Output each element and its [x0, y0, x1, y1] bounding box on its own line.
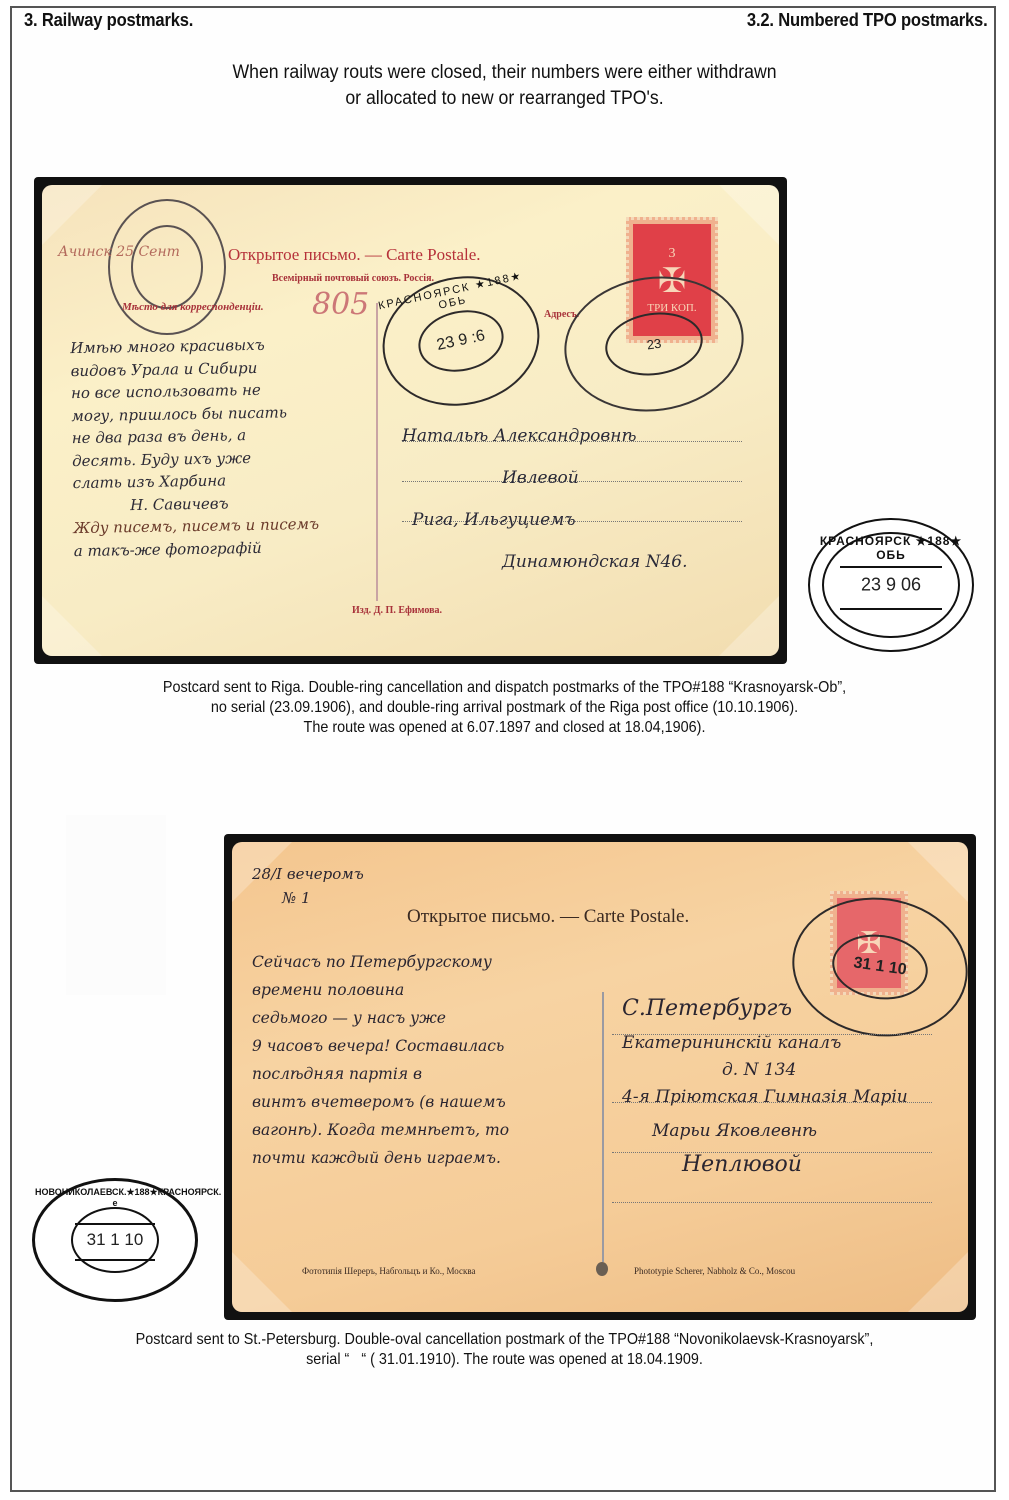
postcard-riga: Ачинск 25 Сент Открытое письмо. — Carte …: [34, 177, 787, 664]
message-line: седьмого — у насъ уже: [252, 1004, 509, 1032]
message-line: а такъ-же фотографій: [74, 535, 320, 562]
publisher-imprint-ru: Фототипія Шереръ, Набгольцъ и Ко., Москв…: [302, 1266, 475, 1276]
message-line: послѣдняя партія в: [252, 1060, 509, 1088]
header-note: 28/I вечеромъ № 1: [252, 862, 364, 910]
postmark-date: 23 9 06: [810, 575, 972, 596]
message-line: 9 часовъ вечера! Составилась: [252, 1032, 509, 1060]
address-line: Рига, Ильгуциемъ: [402, 499, 688, 541]
postcard-st-petersburg-surface: 28/I вечеромъ № 1 Открытое письмо. — Car…: [232, 842, 968, 1312]
message-line: Сейчасъ по Петербургскому: [252, 948, 509, 976]
postcard-title: Открытое письмо. — Carte Postale.: [407, 906, 689, 928]
publisher-imprint-en: Phototypie Scherer, Nabholz & Co., Mosco…: [634, 1266, 795, 1276]
arrival-postmark: [108, 199, 226, 335]
caption-line: Postcard sent to St.-Petersburg. Double-…: [50, 1330, 958, 1350]
postcard-riga-surface: Ачинск 25 Сент Открытое письмо. — Carte …: [42, 185, 779, 656]
message-line: вагонѣ). Когда темнѣетъ, то: [252, 1116, 509, 1144]
photo-corner: [719, 185, 779, 245]
stamp-value: 3: [647, 246, 696, 262]
postmark-ring-text: НОВОНИКОЛАЕВСК.★188★КРАСНОЯРСК. е: [35, 1187, 195, 1208]
tpo-postmark-cancellation: 23 9 :6 КРАСНОЯРСК ★188★ ОБЬ: [370, 262, 551, 420]
publisher-imprint: Изд. Д. П. Ефимова.: [352, 605, 442, 616]
reference-postmark-novonikolaevsk-krasnoyarsk: 31 1 10 НОВОНИКОЛАЕВСК.★188★КРАСНОЯРСК. …: [32, 1178, 198, 1302]
header-note-line: № 1: [252, 886, 364, 910]
arrival-handwritten-note: Ачинск 25 Сент: [58, 241, 180, 264]
photo-corner: [908, 842, 968, 902]
tpo-postmark-dispatch: 23: [556, 265, 753, 423]
address-line: 4-я Пріютская Гимназія Маріи: [622, 1080, 908, 1114]
intro-line-2: or allocated to new or rearranged TPO's.: [35, 86, 973, 112]
address-line: д. N 134: [622, 1060, 908, 1080]
address-line: Неплювой: [622, 1148, 908, 1182]
photo-corner: [42, 596, 102, 656]
postmark-ring-text: КРАСНОЯРСК ★188★ ОБЬ: [810, 534, 972, 562]
caption-line: The route was opened at 6.07.1897 and cl…: [50, 718, 958, 738]
message-line: могу, пришлось бы писать: [71, 400, 317, 427]
address-line: Ивлевой: [402, 457, 688, 499]
pencil-number: 805: [312, 287, 369, 322]
photo-corner: [719, 596, 779, 656]
postcard-title: Открытое письмо. — Carte Postale.: [228, 245, 481, 265]
postcard-address: С.Петербургъ Екатерининскій каналъ д. N …: [622, 992, 908, 1182]
header-note-line: 28/I вечеромъ: [252, 862, 364, 886]
card-divider: [602, 992, 604, 1262]
caption-line: Postcard sent to Riga. Double-ring cance…: [50, 678, 958, 698]
subsection-heading: 3.2. Numbered TPO postmarks.: [746, 10, 987, 31]
message-line: времени половина: [252, 976, 509, 1004]
photo-corner: [42, 185, 102, 245]
postmark-date: 31 1 10: [35, 1230, 195, 1250]
address-line: С.Петербургъ: [622, 992, 908, 1026]
photo-corner: [908, 1252, 968, 1312]
caption-postcard-riga: Postcard sent to Riga. Double-ring cance…: [50, 678, 958, 738]
postcard-st-petersburg: 28/I вечеромъ № 1 Открытое письмо. — Car…: [224, 834, 976, 1320]
section-heading: 3. Railway postmarks.: [24, 10, 193, 31]
address-line: Екатерининскій каналъ: [622, 1026, 908, 1060]
address-line: Динамюндская N46.: [402, 541, 688, 583]
blank-patch: [66, 815, 166, 995]
intro-text: When railway routs were closed, their nu…: [35, 60, 973, 112]
postcard-message: Сейчасъ по Петербургскому времени полови…: [252, 948, 509, 1172]
reference-postmark-krasnoyarsk-ob: 23 9 06 КРАСНОЯРСК ★188★ ОБЬ: [808, 518, 974, 652]
message-line: винтъ вчетверомъ (в нашемъ: [252, 1088, 509, 1116]
correspondence-label: Мѣсто для корреспонденціи.: [122, 301, 264, 313]
caption-postcard-st-petersburg: Postcard sent to St.-Petersburg. Double-…: [50, 1330, 958, 1370]
message-line: почти каждый день играемъ.: [252, 1144, 509, 1172]
postcard-message: Имѣю много красивыхъ видовъ Урала и Сиби…: [70, 333, 320, 562]
card-divider: [376, 303, 378, 601]
publisher-emblem-icon: [596, 1262, 608, 1276]
postcard-address: Натальѣ Александровнѣ Ивлевой Рига, Ильг…: [402, 415, 688, 583]
address-line: Марьи Яковлевнѣ: [622, 1114, 908, 1148]
message-line: Жду писемъ, писемъ и писемъ: [73, 513, 319, 540]
postal-union-text: Всемірный почтовый союзъ. Россія.: [272, 273, 434, 284]
intro-line-1: When railway routs were closed, their nu…: [35, 60, 973, 86]
caption-line: no serial (23.09.1906), and double-ring …: [50, 698, 958, 718]
caption-line: serial “ “ ( 31.01.1910). The route was …: [50, 1350, 958, 1370]
address-line: Натальѣ Александровнѣ: [402, 415, 688, 457]
photo-corner: [232, 1252, 292, 1312]
